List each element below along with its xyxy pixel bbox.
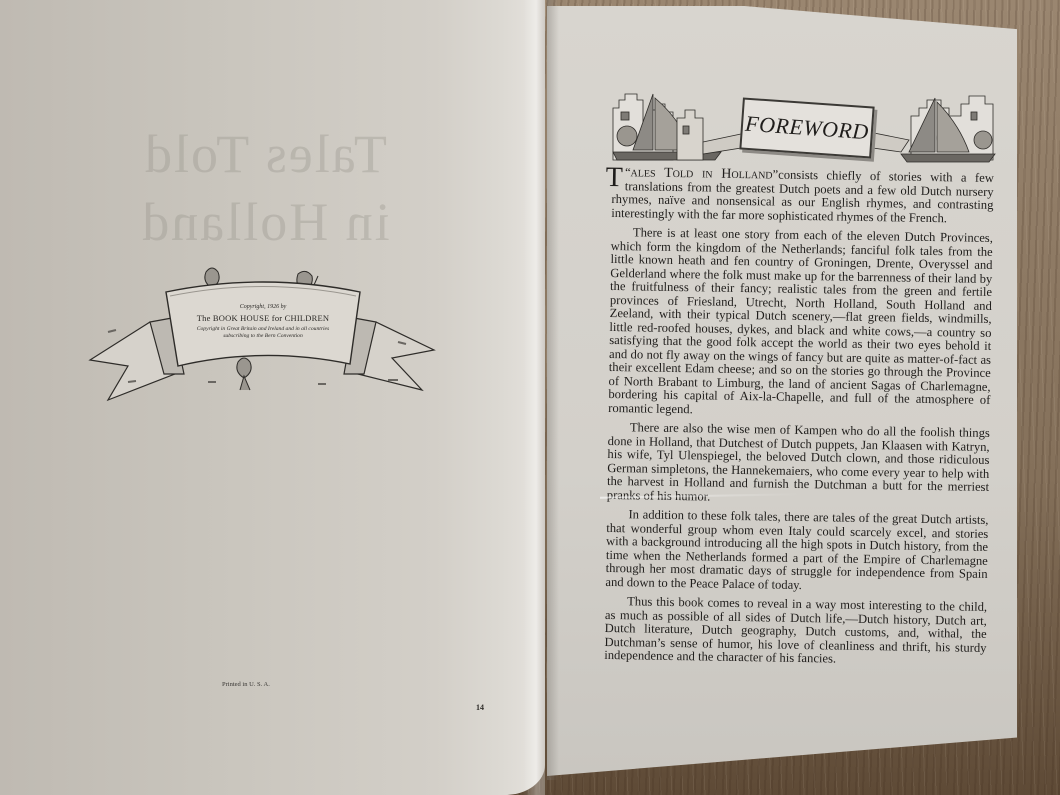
drop-cap: T bbox=[606, 168, 623, 188]
show-through-title: Tales Told in Holland bbox=[125, 120, 405, 256]
paragraph-provinces: There is at least one story from each of… bbox=[608, 226, 993, 421]
page-title: FOREWORD bbox=[744, 111, 869, 146]
foreword-body: “Tales Told in Holland”consists chiefly … bbox=[604, 166, 994, 674]
show-through-line-1: Tales Told bbox=[125, 120, 405, 188]
copyright-notice: Copyright in Great Britain and Ireland a… bbox=[88, 326, 438, 340]
copyright-ribbon-illustration: Copyright, 1926 by The BOOK HOUSE for CH… bbox=[88, 262, 438, 412]
foreword-title-banner: FOREWORD bbox=[739, 97, 874, 158]
page-number: 14 bbox=[476, 703, 484, 712]
show-through-line-2: in Holland bbox=[125, 188, 405, 256]
printed-in-label: Printed in U. S. A. bbox=[222, 681, 270, 688]
opening-paragraph: “Tales Told in Holland”consists chiefly … bbox=[611, 166, 994, 226]
paragraph-artists-history: In addition to these folk tales, there a… bbox=[605, 508, 988, 595]
gutter-shadow bbox=[547, 0, 559, 780]
paragraph-conclusion: Thus this book comes to reveal in a way … bbox=[604, 595, 987, 668]
publisher-name: The BOOK HOUSE for CHILDREN bbox=[88, 313, 438, 323]
copyright-notice-line-2: subscribing to the Bern Convention bbox=[88, 333, 438, 340]
copyright-notice-line-1: Copyright in Great Britain and Ireland a… bbox=[88, 326, 438, 333]
copyright-year: Copyright, 1926 by bbox=[88, 304, 438, 310]
left-page: Tales Told in Holland bbox=[0, 0, 545, 795]
